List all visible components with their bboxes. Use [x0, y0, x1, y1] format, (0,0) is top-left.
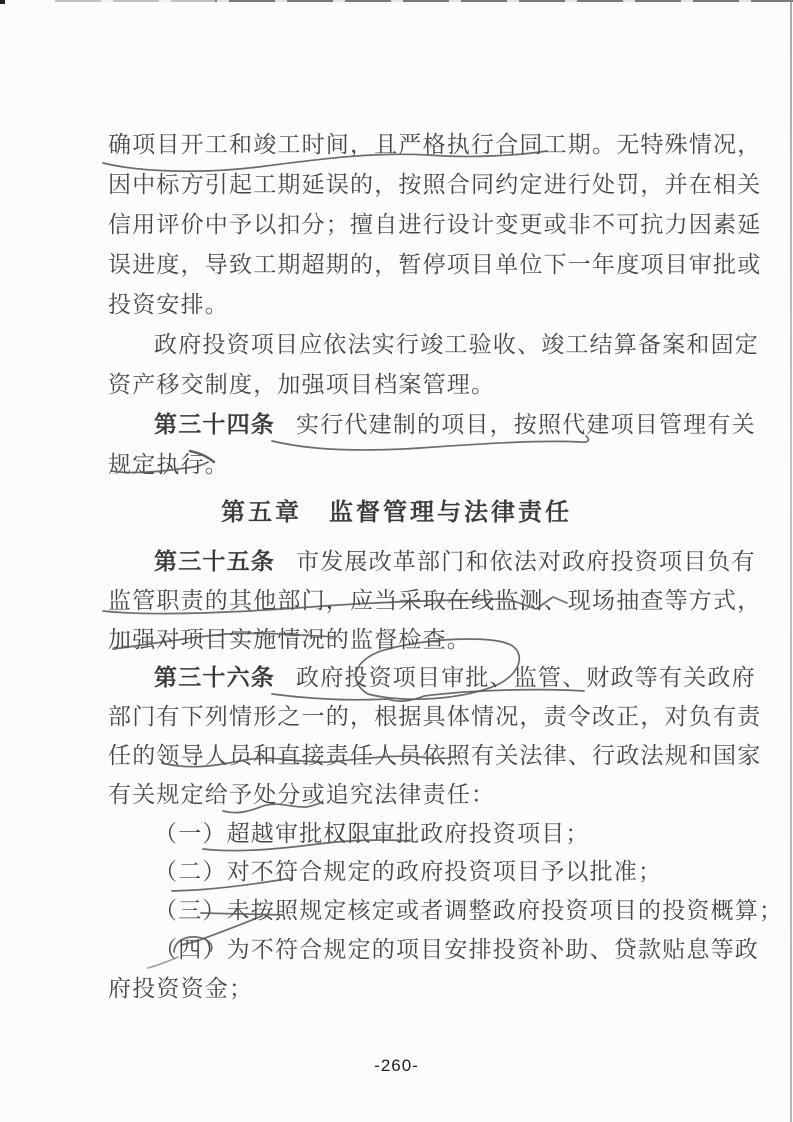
line-text: 投资安排。: [108, 292, 229, 317]
text-line: 资产移交制度，加强项目档案管理。: [108, 365, 698, 405]
list-item-3: （三）未按照规定核定或者调整政府投资项目的投资概算；: [108, 892, 698, 931]
page-number: -260-: [0, 1056, 793, 1076]
paragraph-block-lower: 第三十五条市发展改革部门和依法对政府投资项目负有 监管职责的其他部门，应当采取在…: [108, 543, 698, 1009]
line-text: 政府投资项目应依法实行竣工验收、竣工结算备案和固定: [154, 332, 759, 357]
line-text: 任的领导人员和直接责任人员依照有关法律、行政法规和国家: [108, 743, 761, 768]
line-text: （一）超越审批权限审批政府投资项目；: [154, 821, 590, 846]
line-text: 府投资资金；: [108, 976, 253, 1001]
line-text: 有关规定给予处分或追究法律责任：: [108, 782, 495, 807]
text-line: 政府投资项目应依法实行竣工验收、竣工结算备案和固定: [108, 325, 698, 365]
article-number-34: 第三十四条: [154, 412, 275, 437]
line-text: 资产移交制度，加强项目档案管理。: [108, 372, 495, 397]
text-line: 信用评价中予以扣分；擅自进行设计变更或非不可抗力因素延: [108, 205, 698, 245]
line-text: 市发展改革部门和依法对政府投资项目负有: [296, 549, 756, 574]
text-line: 任的领导人员和直接责任人员依照有关法律、行政法规和国家: [108, 737, 698, 776]
line-text: 政府投资项目审批、监管、财政等有关政府: [296, 665, 756, 690]
line-text: 规定执行。: [108, 452, 229, 477]
scan-corner-artifact: [0, 0, 5, 4]
text-line: 第三十六条政府投资项目审批、监管、财政等有关政府: [108, 659, 698, 698]
text-line: 规定执行。: [108, 445, 698, 485]
list-item-2: （二）对不符合规定的政府投资项目予以批准；: [108, 853, 698, 892]
text-line: 误进度，导致工期超期的，暂停项目单位下一年度项目审批或: [108, 245, 698, 285]
line-text: 信用评价中予以扣分；擅自进行设计变更或非不可抗力因素延: [108, 212, 761, 237]
list-item-1: （一）超越审批权限审批政府投资项目；: [108, 815, 698, 854]
line-text: 确项目开工和竣工时间，且严格执行合同工期。无特殊情况，: [108, 132, 761, 157]
list-item-4-continuation: 府投资资金；: [108, 970, 698, 1009]
line-text: （四）为不符合规定的项目安排投资补助、贷款贴息等政: [154, 937, 759, 962]
line-text: （三）未按照规定核定或者调整政府投资项目的投资概算；: [154, 898, 783, 923]
line-text: 因中标方引起工期延误的，按照合同约定进行处罚，并在相关: [108, 172, 761, 197]
scan-edge-artifact-top-fade: [55, 0, 215, 2]
text-line: 第三十四条实行代建制的项目，按照代建项目管理有关: [108, 405, 698, 445]
text-line: 第三十五条市发展改革部门和依法对政府投资项目负有: [108, 543, 698, 582]
list-item-4: （四）为不符合规定的项目安排投资补助、贷款贴息等政: [108, 931, 698, 970]
text-line: 加强对项目实施情况的监督检查。: [108, 621, 698, 660]
chapter-heading: 第五章 监督管理与法律责任: [0, 492, 793, 527]
article-number-35: 第三十五条: [154, 549, 275, 574]
text-line: 有关规定给予处分或追究法律责任：: [108, 776, 698, 815]
text-line: 投资安排。: [108, 285, 698, 325]
line-text: 误进度，导致工期超期的，暂停项目单位下一年度项目审批或: [108, 252, 761, 277]
text-line: 确项目开工和竣工时间，且严格执行合同工期。无特殊情况，: [108, 125, 698, 165]
line-text: 部门有下列情形之一的，根据具体情况，责令改正，对负有责: [108, 704, 761, 729]
line-text: 监管职责的其他部门，应当采取在线监测、现场抽查等方式，: [108, 588, 761, 613]
article-number-36: 第三十六条: [154, 665, 275, 690]
scanned-document-page: 确项目开工和竣工时间，且严格执行合同工期。无特殊情况， 因中标方引起工期延误的，…: [0, 0, 793, 1122]
line-text: 加强对项目实施情况的监督检查。: [108, 627, 471, 652]
line-text: 实行代建制的项目，按照代建项目管理有关: [296, 412, 756, 437]
line-text: （二）对不符合规定的政府投资项目予以批准；: [154, 859, 662, 884]
text-line: 监管职责的其他部门，应当采取在线监测、现场抽查等方式，: [108, 582, 698, 621]
text-line: 因中标方引起工期延误的，按照合同约定进行处罚，并在相关: [108, 165, 698, 205]
paragraph-block-upper: 确项目开工和竣工时间，且严格执行合同工期。无特殊情况， 因中标方引起工期延误的，…: [108, 125, 698, 485]
text-line: 部门有下列情形之一的，根据具体情况，责令改正，对负有责: [108, 698, 698, 737]
scan-edge-artifact-right: [790, 0, 792, 1122]
